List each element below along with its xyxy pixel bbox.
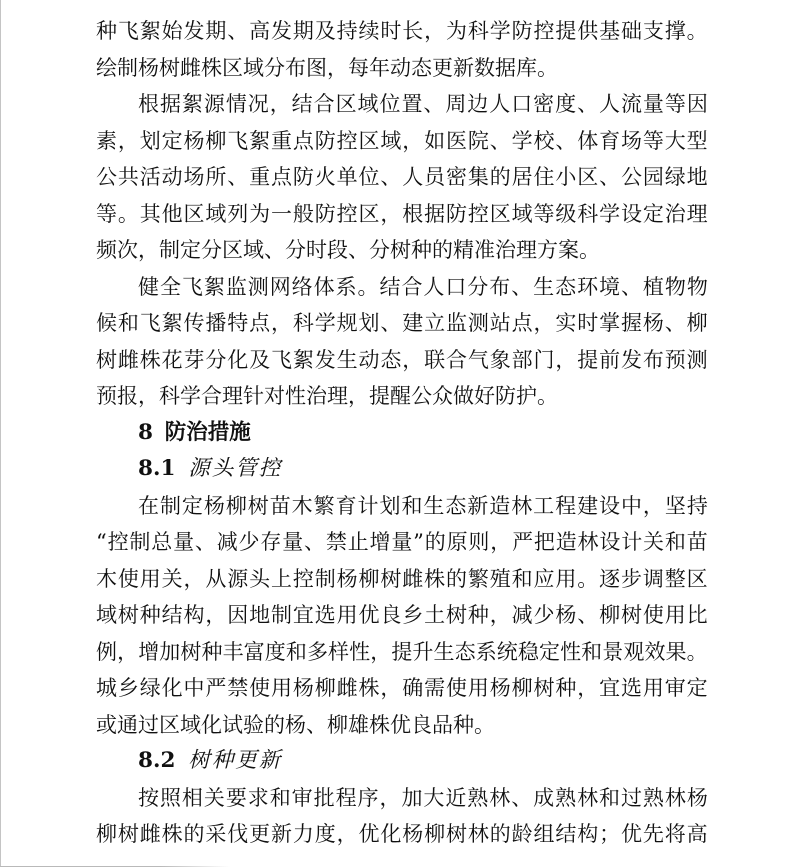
glyph: 布 xyxy=(643,342,664,379)
glyph: 少 xyxy=(534,597,555,634)
glyph: 。 xyxy=(687,13,708,50)
glyph: 富 xyxy=(244,634,265,671)
body-text-line: 素，划定杨柳飞絮重点防控区域，如医院、学校、体育场等大型 xyxy=(96,123,708,160)
glyph: 重 xyxy=(271,123,292,160)
glyph: 的 xyxy=(490,159,511,196)
glyph: 先 xyxy=(643,816,664,853)
glyph: 划 xyxy=(140,123,161,160)
glyph: 树 xyxy=(446,597,467,634)
glyph: 飞 xyxy=(118,13,139,50)
glyph: 和 xyxy=(286,634,307,671)
glyph: 柳 xyxy=(96,816,117,853)
glyph: 林 xyxy=(665,780,686,817)
glyph: 稳 xyxy=(518,634,539,671)
glyph: 其 xyxy=(140,196,161,233)
glyph: 增 xyxy=(138,634,159,671)
glyph: 絮 xyxy=(249,123,270,160)
glyph: 使 xyxy=(249,670,270,707)
glyph: 育 xyxy=(336,488,357,525)
glyph: 制 xyxy=(160,488,181,525)
glyph: 使 xyxy=(118,561,139,598)
glyph: 础 xyxy=(621,13,642,50)
glyph: 程 xyxy=(555,488,576,525)
glyph: 化 xyxy=(162,670,183,707)
body-text-line: 在制定杨柳树苗木繁育计划和生态新造林工程建设中，坚持 xyxy=(96,488,708,525)
glyph: 的 xyxy=(490,816,511,853)
glyph: 口 xyxy=(511,86,532,123)
glyph: 生 xyxy=(423,488,444,525)
glyph: 加 xyxy=(159,634,180,671)
glyph: 和 xyxy=(270,780,291,817)
glyph: 应 xyxy=(534,561,555,598)
glyph: 场 xyxy=(184,159,205,196)
glyph: 素 xyxy=(96,123,117,160)
glyph: 支 xyxy=(643,13,664,50)
glyph: 植 xyxy=(643,269,664,306)
glyph: 员 xyxy=(424,159,445,196)
glyph: 境 xyxy=(599,269,620,306)
glyph: 周 xyxy=(445,86,466,123)
glyph: 高 xyxy=(249,13,270,50)
glyph: 优 xyxy=(621,816,642,853)
glyph: “ xyxy=(96,524,107,561)
glyph: 区 xyxy=(490,196,511,233)
glyph: 树 xyxy=(248,488,269,525)
glyph: 土 xyxy=(424,597,445,634)
glyph: ， xyxy=(205,597,226,634)
glyph: 树 xyxy=(380,561,401,598)
glyph: 将 xyxy=(665,816,686,853)
glyph: 观 xyxy=(623,634,644,671)
glyph: 体 xyxy=(314,269,335,306)
glyph: ， xyxy=(380,196,401,233)
glyph: 严 xyxy=(205,670,226,707)
glyph: 程 xyxy=(336,780,357,817)
glyph: 和 xyxy=(665,524,686,561)
glyph: 学 xyxy=(315,305,336,342)
glyph: 柳 xyxy=(315,670,336,707)
glyph: 量 xyxy=(391,524,412,561)
glyph: ， xyxy=(424,13,445,50)
glyph: 大 xyxy=(665,123,686,160)
glyph: 据 xyxy=(424,196,445,233)
glyph: 态 xyxy=(445,488,466,525)
body-text-line: 城乡绿化中严禁使用杨柳雌株，确需使用杨柳树种，宜选用审定 xyxy=(96,670,708,707)
glyph: 源 xyxy=(227,561,248,598)
glyph: 雌 xyxy=(118,342,139,379)
glyph: 。 xyxy=(577,561,598,598)
glyph: 量 xyxy=(282,524,303,561)
glyph: 用 xyxy=(665,597,686,634)
glyph: 发 xyxy=(315,342,336,379)
glyph: 的 xyxy=(446,561,467,598)
glyph: 树 xyxy=(621,597,642,634)
glyph: 源 xyxy=(204,86,225,123)
glyph: ， xyxy=(643,488,664,525)
glyph: 火 xyxy=(315,159,336,196)
glyph: 结 xyxy=(555,816,576,853)
glyph: 根 xyxy=(138,86,159,123)
glyph: 飞 xyxy=(182,269,203,306)
glyph: 定 xyxy=(162,123,183,160)
glyph: 需 xyxy=(424,670,445,707)
glyph: 重 xyxy=(249,159,270,196)
glyph: 小 xyxy=(555,159,576,196)
heading-number: 8.1 xyxy=(138,456,175,481)
body-text-line: 频次，制定分区域、分时段、分树种的精准治理方案。 xyxy=(96,232,708,269)
glyph: 龄 xyxy=(512,816,533,853)
glyph: 关 xyxy=(162,561,183,598)
glyph: 、 xyxy=(511,780,532,817)
glyph: 相 xyxy=(182,780,203,817)
glyph: 原 xyxy=(447,524,468,561)
glyph: 构 xyxy=(184,597,205,634)
glyph: 系 xyxy=(476,634,497,671)
glyph: 撑 xyxy=(665,13,686,50)
glyph: 建 xyxy=(577,488,598,525)
glyph: 气 xyxy=(468,342,489,379)
subsection-heading: 8.2树种更新 xyxy=(96,743,708,780)
glyph: 、 xyxy=(380,305,401,342)
glyph: 种 xyxy=(468,597,489,634)
glyph: 量 xyxy=(173,524,194,561)
glyph: 。 xyxy=(687,634,708,671)
glyph: 科 xyxy=(468,13,489,50)
glyph: 把 xyxy=(534,524,555,561)
body-text-line: 根据絮源情况，结合区域位置、周边人口密度、人流量等因 xyxy=(96,86,708,123)
glyph: 比 xyxy=(687,597,708,634)
glyph: 成 xyxy=(533,780,554,817)
glyph: 杨 xyxy=(337,561,358,598)
glyph: 实 xyxy=(555,305,576,342)
glyph: 雌 xyxy=(337,670,358,707)
glyph: 工 xyxy=(533,488,554,525)
glyph: 控 xyxy=(468,196,489,233)
glyph: 、 xyxy=(380,159,401,196)
glyph: 计 xyxy=(358,488,379,525)
glyph: 设 xyxy=(599,488,620,525)
glyph: 禁 xyxy=(326,524,347,561)
glyph: 、 xyxy=(621,269,642,306)
glyph: ， xyxy=(271,305,292,342)
glyph: 合 xyxy=(401,269,422,306)
glyph: 、 xyxy=(195,524,216,561)
glyph: 高 xyxy=(687,816,708,853)
glyph: ， xyxy=(402,123,423,160)
glyph: 选 xyxy=(315,597,336,634)
glyph: 合 xyxy=(446,342,467,379)
glyph: 加 xyxy=(401,780,422,817)
glyph: 种 xyxy=(555,670,576,707)
glyph: 总 xyxy=(151,524,172,561)
glyph: 和 xyxy=(118,305,139,342)
glyph: 建 xyxy=(402,305,423,342)
glyph: 序 xyxy=(358,780,379,817)
body-text-line: 例，增加树种丰富度和多样性，提升生态系统稳定性和景观效果。 xyxy=(96,634,708,671)
glyph: 林 xyxy=(489,780,510,817)
glyph: 掌 xyxy=(599,305,620,342)
glyph: 时 xyxy=(577,305,598,342)
glyph: 则 xyxy=(468,524,489,561)
glyph: 株 xyxy=(424,561,445,598)
glyph: 提 xyxy=(555,13,576,50)
glyph: 树 xyxy=(118,597,139,634)
glyph: 结 xyxy=(379,269,400,306)
glyph: 区 xyxy=(184,196,205,233)
glyph: 增 xyxy=(370,524,391,561)
glyph: 种 xyxy=(96,13,117,50)
glyph: 减 xyxy=(512,597,533,634)
glyph: 绿 xyxy=(140,670,161,707)
glyph: 防 xyxy=(512,13,533,50)
glyph: 飞 xyxy=(140,305,161,342)
glyph: 等 xyxy=(534,196,555,233)
glyph: 动 xyxy=(359,342,380,379)
glyph: 升 xyxy=(412,634,433,671)
glyph: 前 xyxy=(599,342,620,379)
glyph: 物 xyxy=(687,269,708,306)
glyph: 新 xyxy=(467,488,488,525)
heading-title: 源头管控 xyxy=(188,456,282,481)
glyph: 特 xyxy=(227,305,248,342)
glyph: 始 xyxy=(162,13,183,50)
glyph: 性 xyxy=(560,634,581,671)
glyph: 头 xyxy=(249,561,270,598)
glyph: 联 xyxy=(424,342,445,379)
glyph: 情 xyxy=(226,86,247,123)
glyph: 绿 xyxy=(665,159,686,196)
glyph: 合 xyxy=(314,86,335,123)
glyph: 候 xyxy=(96,305,117,342)
glyph: 划 xyxy=(359,305,380,342)
glyph: 、 xyxy=(577,86,598,123)
glyph: 的 xyxy=(184,816,205,853)
glyph: 少 xyxy=(239,524,260,561)
glyph: 制 xyxy=(129,524,150,561)
glyph: 结 xyxy=(162,597,183,634)
glyph: ， xyxy=(118,123,139,160)
glyph: 区 xyxy=(359,196,380,233)
glyph: ， xyxy=(577,670,598,707)
glyph: 度 xyxy=(315,816,336,853)
glyph: 播 xyxy=(205,305,226,342)
body-text-line: 预报，科学合理针对性治理，提醒公众做好防护。 xyxy=(96,378,708,415)
glyph: 林 xyxy=(577,780,598,817)
glyph: 熟 xyxy=(467,780,488,817)
glyph: 、 xyxy=(599,159,620,196)
glyph: 共 xyxy=(118,159,139,196)
glyph: 止 xyxy=(348,524,369,561)
glyph: 点 xyxy=(249,305,270,342)
glyph: 、 xyxy=(304,524,325,561)
glyph: 大 xyxy=(423,780,444,817)
glyph: 握 xyxy=(621,305,642,342)
glyph: 乡 xyxy=(118,670,139,707)
glyph: 一 xyxy=(271,196,292,233)
glyph: 木 xyxy=(96,561,117,598)
glyph: 宜 xyxy=(599,670,620,707)
glyph: ， xyxy=(490,524,511,561)
glyph: 用 xyxy=(643,670,664,707)
body-text-line: 等。其他区域列为一般防控区，根据防控区域等级科学设定治理 xyxy=(96,196,708,233)
glyph: 控 xyxy=(534,13,555,50)
glyph: 定 xyxy=(643,196,664,233)
heading-number: 8 xyxy=(138,420,153,445)
glyph: 和 xyxy=(581,634,602,671)
glyph: 控 xyxy=(108,524,129,561)
glyph: 柳 xyxy=(226,488,247,525)
glyph: 防 xyxy=(293,159,314,196)
glyph: 为 xyxy=(446,13,467,50)
glyph: 所 xyxy=(205,159,226,196)
glyph: 审 xyxy=(292,780,313,817)
glyph: 杨 xyxy=(687,780,708,817)
glyph: 从 xyxy=(205,561,226,598)
glyph: 边 xyxy=(467,86,488,123)
glyph: 等 xyxy=(96,196,117,233)
glyph: 立 xyxy=(424,305,445,342)
glyph: 体 xyxy=(577,123,598,160)
glyph: 全 xyxy=(160,269,181,306)
glyph: 在 xyxy=(138,488,159,525)
glyph: 域 xyxy=(512,196,533,233)
glyph: 等 xyxy=(643,123,664,160)
glyph: 环 xyxy=(577,269,598,306)
glyph: 据 xyxy=(160,86,181,123)
glyph: 株 xyxy=(162,816,183,853)
glyph: 中 xyxy=(184,670,205,707)
glyph: 及 xyxy=(315,13,336,50)
glyph: 公 xyxy=(96,159,117,196)
glyph: 续 xyxy=(359,13,380,50)
glyph: 林 xyxy=(578,524,599,561)
glyph: 控 xyxy=(293,561,314,598)
glyph: 造 xyxy=(556,524,577,561)
glyph: ， xyxy=(370,634,391,671)
glyph: 学 xyxy=(512,123,533,160)
glyph: 定 xyxy=(182,488,203,525)
glyph: 健 xyxy=(138,269,159,306)
glyph: 殖 xyxy=(490,561,511,598)
glyph: ， xyxy=(534,305,555,342)
glyph: 步 xyxy=(621,561,642,598)
glyph: 供 xyxy=(577,13,598,50)
glyph: 学 xyxy=(490,13,511,50)
glyph: 控 xyxy=(337,123,358,160)
glyph: 期 xyxy=(293,13,314,50)
glyph: 区 xyxy=(359,123,380,160)
glyph: 科 xyxy=(577,196,598,233)
heading-title: 防治措施 xyxy=(165,420,251,445)
glyph: 优 xyxy=(359,816,380,853)
heading-title: 树种更新 xyxy=(188,748,282,773)
glyph: 柳 xyxy=(512,670,533,707)
glyph: 果 xyxy=(666,634,687,671)
glyph: 丰 xyxy=(223,634,244,671)
glyph: 监 xyxy=(446,305,467,342)
glyph: 林 xyxy=(511,488,532,525)
glyph: 科 xyxy=(293,305,314,342)
glyph: 树 xyxy=(180,634,201,671)
glyph: 测 xyxy=(468,305,489,342)
glyph: 的 xyxy=(425,524,446,561)
glyph: 用 xyxy=(555,561,576,598)
glyph: 度 xyxy=(265,634,286,671)
glyph: 景 xyxy=(602,634,623,671)
glyph: 时 xyxy=(380,13,401,50)
glyph: 分 xyxy=(467,269,488,306)
glyph: 区 xyxy=(336,86,357,123)
glyph: 持 xyxy=(687,488,708,525)
glyph: 、 xyxy=(227,13,248,50)
glyph: 坚 xyxy=(665,488,686,525)
glyph: 种 xyxy=(140,597,161,634)
glyph: 门 xyxy=(534,342,555,379)
glyph: 花 xyxy=(162,342,183,379)
glyph: 杨 xyxy=(204,488,225,525)
glyph: 絮 xyxy=(182,86,203,123)
glyph: 杨 xyxy=(293,670,314,707)
glyph: 、 xyxy=(665,305,686,342)
glyph: 发 xyxy=(184,13,205,50)
glyph: 柳 xyxy=(599,597,620,634)
glyph: 用 xyxy=(271,670,292,707)
glyph: 设 xyxy=(621,196,642,233)
glyph: 系 xyxy=(336,269,357,306)
glyph: ， xyxy=(379,780,400,817)
glyph: 计 xyxy=(621,524,642,561)
glyph: 及 xyxy=(249,342,270,379)
glyph: 制 xyxy=(271,597,292,634)
glyph: 例 xyxy=(96,634,117,671)
glyph: 人 xyxy=(402,159,423,196)
glyph: 芽 xyxy=(184,342,205,379)
subsection-heading: 8.1源头管控 xyxy=(96,451,708,488)
glyph: 般 xyxy=(293,196,314,233)
glyph: 熟 xyxy=(555,780,576,817)
glyph: 严 xyxy=(512,524,533,561)
glyph: 确 xyxy=(402,670,423,707)
body-text-line: 柳树雌株的采伐更新力度，优化杨柳树林的龄组结构；优先将高 xyxy=(96,816,708,853)
glyph: 发 xyxy=(621,342,642,379)
glyph: 监 xyxy=(226,269,247,306)
glyph: 和 xyxy=(512,561,533,598)
glyph: 因 xyxy=(227,597,248,634)
glyph: 审 xyxy=(665,670,686,707)
glyph: 杨 xyxy=(184,123,205,160)
glyph: 采 xyxy=(205,816,226,853)
glyph: 点 xyxy=(293,123,314,160)
glyph: 飞 xyxy=(271,342,292,379)
glyph: ， xyxy=(184,561,205,598)
section-heading: 8防治措施 xyxy=(96,415,708,452)
body-text-line: 木使用关，从源头上控制杨柳树雌株的繁殖和应用。逐步调整区 xyxy=(96,561,708,598)
glyph: 育 xyxy=(599,123,620,160)
glyph: 多 xyxy=(307,634,328,671)
glyph: 划 xyxy=(379,488,400,525)
glyph: 、 xyxy=(423,86,444,123)
glyph: 域 xyxy=(358,86,379,123)
glyph: 效 xyxy=(644,634,665,671)
glyph: 他 xyxy=(162,196,183,233)
glyph: 、 xyxy=(577,597,598,634)
glyph: 雌 xyxy=(140,816,161,853)
glyph: 治 xyxy=(665,196,686,233)
glyph: 级 xyxy=(555,196,576,233)
glyph: 居 xyxy=(512,159,533,196)
glyph: 规 xyxy=(337,305,358,342)
glyph: 传 xyxy=(184,305,205,342)
